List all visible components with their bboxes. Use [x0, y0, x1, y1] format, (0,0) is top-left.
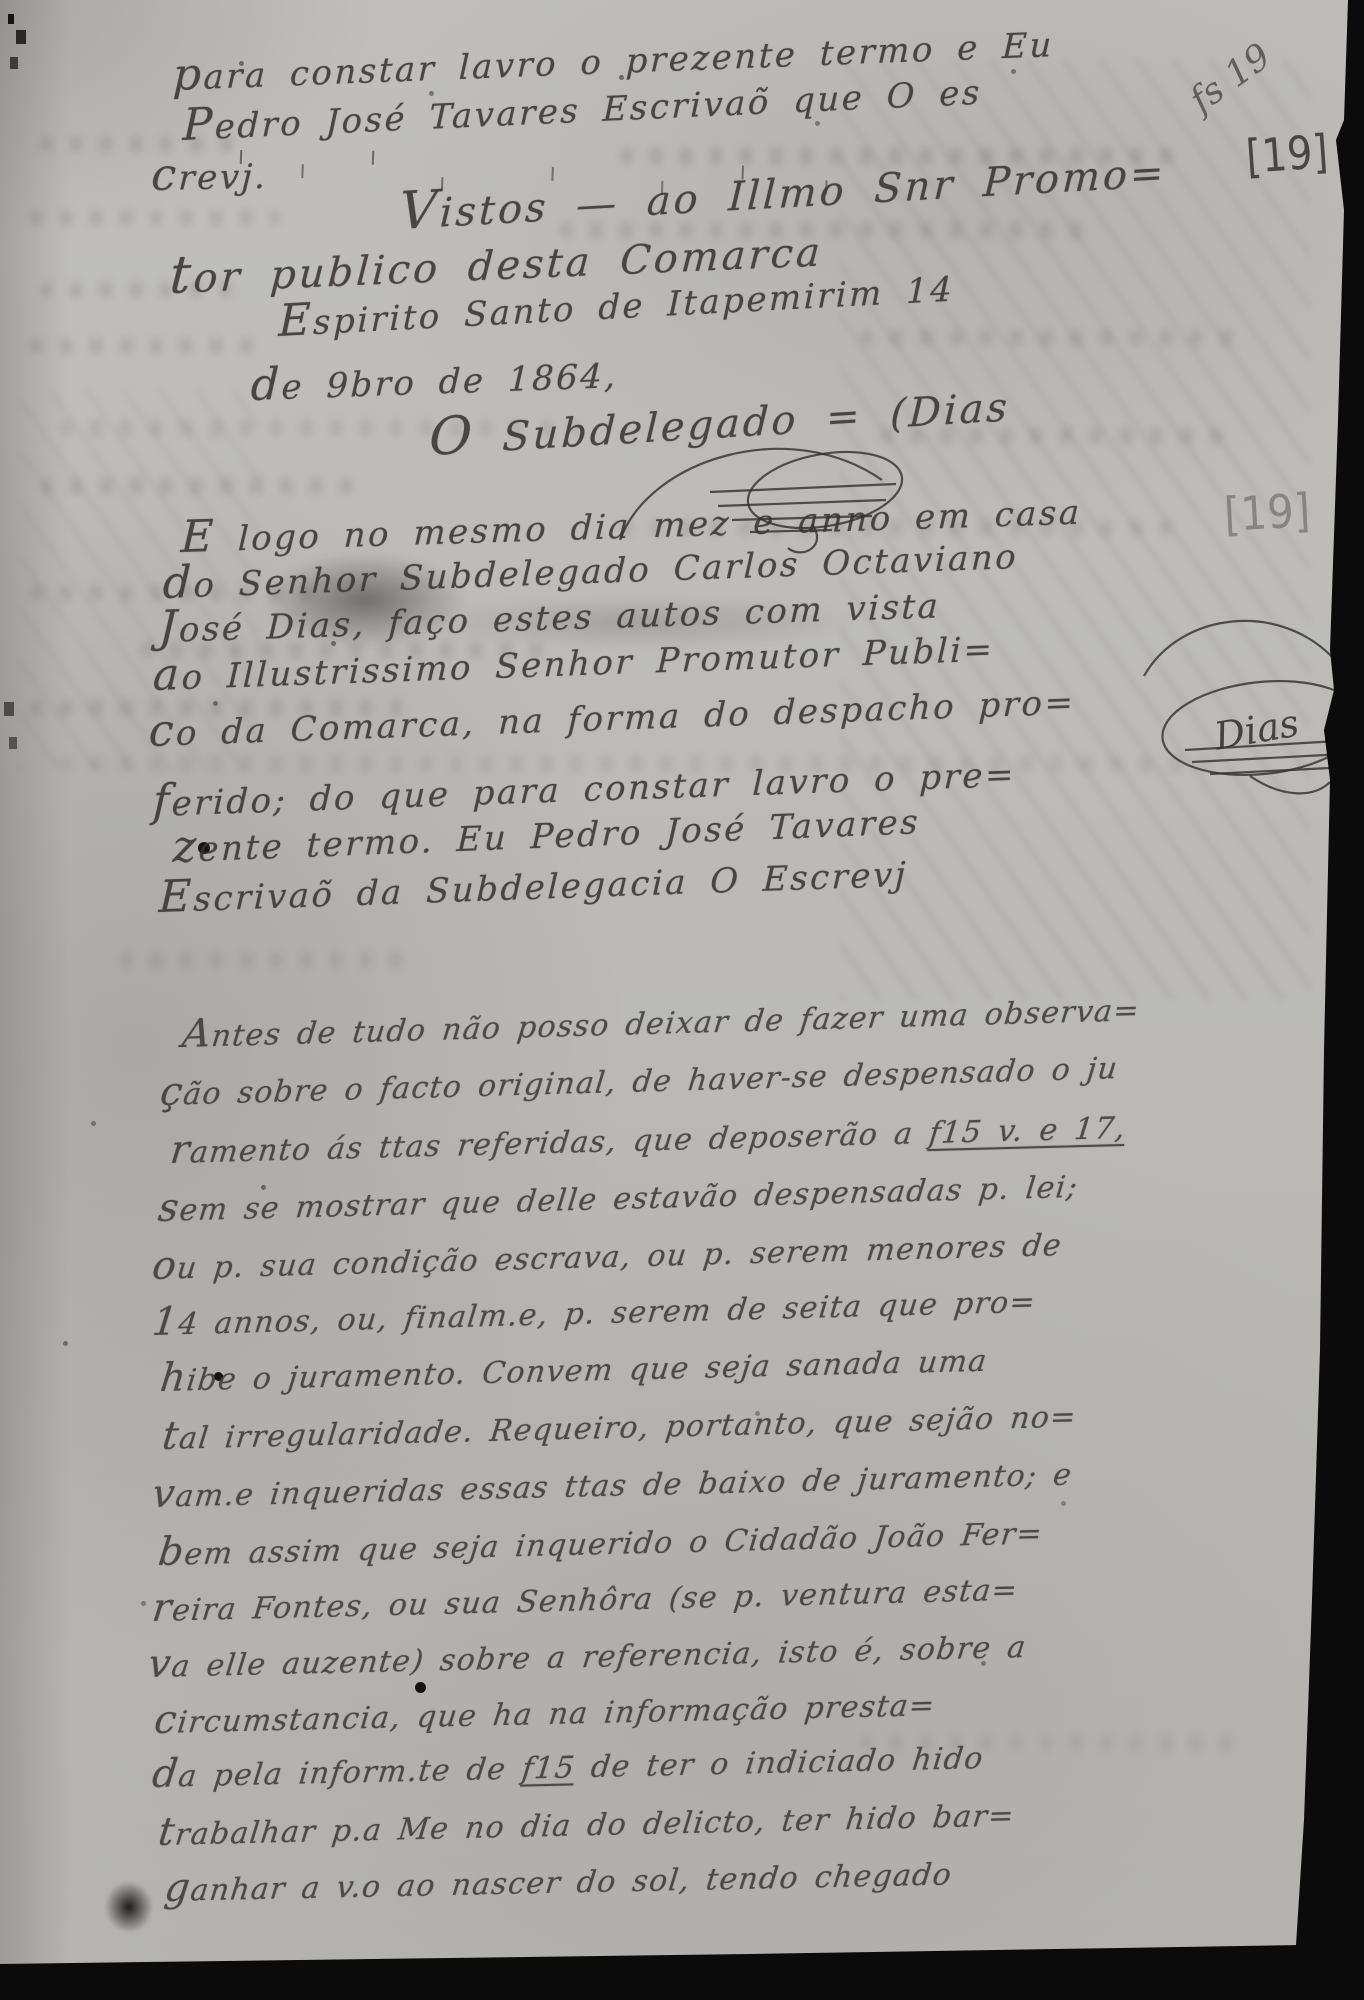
manuscript-text-segment: sem se mostrar que delle estavão despens…: [156, 1170, 1080, 1229]
manuscript-line: ramento ás ttas referidas, que deposerão…: [168, 1103, 1129, 1173]
manuscript-text-segment: ção sobre o facto original, de haver-se …: [158, 1051, 1120, 1113]
manuscript-lines: para constar lavro o prezente termo e Eu…: [0, 0, 1364, 2000]
subdelegado-rubric-flourish: [600, 428, 920, 578]
manuscript-line: crevj.: [150, 148, 269, 201]
manuscript-text-segment: f15: [520, 1750, 577, 1786]
manuscript-line: 14 annos, ou, finalm.e, p. serem de seit…: [150, 1277, 1039, 1345]
margin-signature-rubric: Dias: [1130, 598, 1364, 810]
manuscript-line: circumstancia, que ha na informação pres…: [152, 1680, 938, 1743]
manuscript-text-segment: trabalhar p.a Me no dia do delicto, ter …: [156, 1798, 1017, 1853]
manuscript-text-segment: ramento ás ttas referidas, que deposerão…: [168, 1116, 931, 1171]
manuscript-line: ganhar a v.o ao nascer do sol, tendo che…: [162, 1849, 955, 1911]
manuscript-line: da pela inform.te de f15 de ter o indici…: [150, 1733, 987, 1797]
manuscript-text-segment: va elle auzente) sobre a referencia, ist…: [146, 1630, 1028, 1685]
folio-number-bracket-top: [19]: [1244, 126, 1330, 184]
manuscript-line: bem assim que seja inquerido o Cidadão J…: [156, 1508, 1046, 1575]
manuscript-text-segment: vam.e inqueridas essas ttas de baixo de …: [150, 1457, 1074, 1515]
manuscript-text-segment: circumstancia, que ha na informação pres…: [152, 1688, 937, 1741]
manuscript-text-segment: da pela inform.te de: [150, 1751, 524, 1794]
manuscript-text-segment: f15 v. e 17,: [927, 1111, 1128, 1151]
margin-signature-text: Dias: [1210, 701, 1302, 759]
manuscript-text-segment: hibe o juramento. Convem que seja sanada…: [158, 1344, 989, 1399]
manuscript-text-segment: ou p. sua condição escrava, ou p. serem …: [150, 1228, 1064, 1287]
manuscript-line: hibe o juramento. Convem que seja sanada…: [158, 1336, 991, 1401]
manuscript-line: tal irregularidade. Requeiro, portanto, …: [160, 1392, 1080, 1459]
manuscript-line: va elle auzente) sobre a referencia, ist…: [146, 1622, 1030, 1687]
manuscript-line: reira Fontes, ou sua Senhôra (se p. vent…: [150, 1565, 1021, 1631]
folio-number-bracket-middle: [19]: [1223, 483, 1312, 541]
manuscript-line: ção sobre o facto original, de haver-se …: [158, 1043, 1121, 1115]
manuscript-text-segment: reira Fontes, ou sua Senhôra (se p. vent…: [150, 1573, 1020, 1629]
manuscript-text-segment: ganhar a v.o ao nascer do sol, tendo che…: [162, 1857, 954, 1909]
manuscript-line: trabalhar p.a Me no dia do delicto, ter …: [156, 1790, 1018, 1855]
manuscript-line: sem se mostrar que delle estavão despens…: [156, 1162, 1081, 1231]
scanner-edge-specks: [8, 14, 14, 24]
manuscript-text-segment: 14 annos, ou, finalm.e, p. serem de seit…: [150, 1285, 1038, 1343]
manuscript-page-scan: para constar lavro o prezente termo e Eu…: [0, 0, 1364, 2000]
manuscript-text-segment: tal irregularidade. Requeiro, portanto, …: [160, 1400, 1079, 1457]
manuscript-text-segment: crevj.: [150, 157, 269, 199]
manuscript-text-segment: bem assim que seja inquerido o Cidadão J…: [156, 1516, 1045, 1573]
manuscript-line: vam.e inqueridas essas ttas de baixo de …: [150, 1449, 1075, 1517]
manuscript-text-segment: de ter o indiciado hido: [573, 1741, 986, 1785]
